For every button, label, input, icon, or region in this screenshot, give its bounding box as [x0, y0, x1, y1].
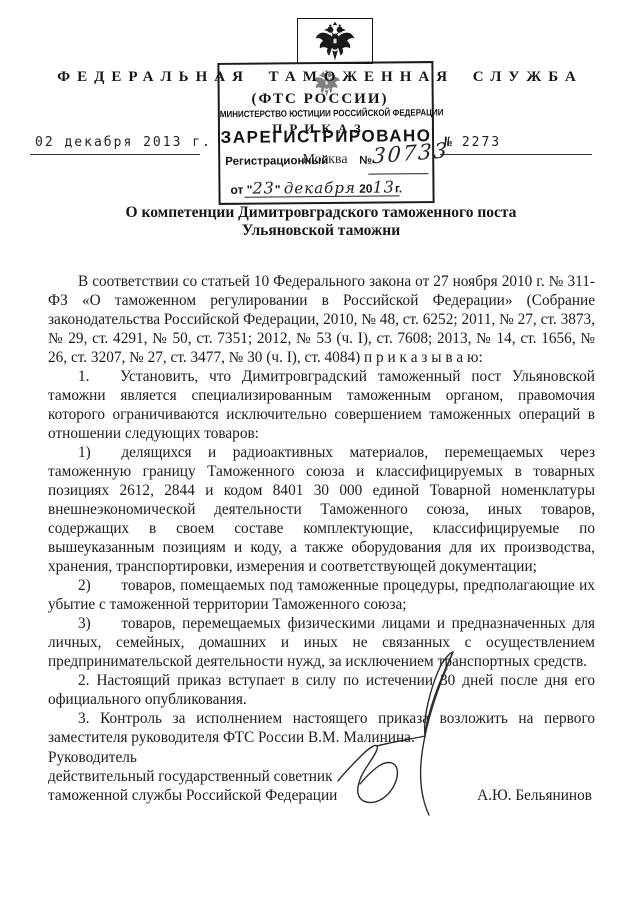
doc-title: О компетенции Димитровградского таможенн…	[48, 204, 594, 240]
stamp-reg-day: 23	[252, 178, 275, 197]
stamp-quote-close: "	[275, 182, 281, 196]
body-paragraph: 2. Настоящий приказ вступает в силу по и…	[48, 671, 595, 709]
body-paragraph: В соответствии со статьей 10 Федеральног…	[48, 272, 595, 367]
body-paragraph: 1) делящихся и радиоактивных материалов,…	[48, 443, 595, 576]
body-paragraph: 3) товаров, перемещаемых физическими лиц…	[48, 614, 595, 671]
signatory-name: А.Ю. Бельянинов	[430, 787, 592, 805]
coat-of-arms-icon	[297, 18, 373, 64]
stamp-reg-year: 13	[372, 177, 395, 196]
signatory-post-line3: таможенной службы Российской Федерации	[48, 786, 408, 805]
signatory-post-line1: Руководитель	[48, 748, 408, 767]
registration-stamp: МИНИСТЕРСТВО ЮСТИЦИИ РОССИЙСКОЙ ФЕДЕРАЦИ…	[217, 61, 434, 205]
doc-body: В соответствии со статьей 10 Федеральног…	[48, 272, 595, 747]
body-paragraph: 3. Контроль за исполнением настоящего пр…	[48, 709, 595, 747]
stamp-reg-number-underline	[368, 173, 428, 175]
stamp-reg-date-underline	[245, 195, 400, 197]
signatory-post: Руководитель действительный государствен…	[48, 748, 408, 805]
stamp-year-suffix: г.	[395, 181, 402, 195]
stamp-ministry-label: МИНИСТЕРСТВО ЮСТИЦИИ РОССИЙСКОЙ ФЕДЕРАЦИ…	[220, 107, 432, 119]
stamp-number-sign: №	[359, 155, 372, 167]
stamp-reg-number-label: Регистрационный	[225, 155, 328, 168]
stamp-reg-month: декабря	[284, 179, 356, 198]
body-paragraph: 2) товаров, помещаемых под таможенные пр…	[48, 576, 595, 614]
stamp-year-prefix: 20	[359, 182, 372, 196]
doc-date-field: 02 декабря 2013 г.	[35, 135, 212, 150]
document-page: ФЕДЕРАЛЬНАЯ ТАМОЖЕННАЯ СЛУЖБА (ФТС РОССИ…	[0, 0, 640, 905]
stamp-ot-label: от	[230, 183, 243, 197]
doc-title-line1: О компетенции Димитровградского таможенн…	[48, 204, 594, 222]
number-value: 2273	[462, 135, 501, 150]
body-paragraph: 1. Установить, что Димитровградский тамо…	[48, 367, 595, 443]
stamp-coat-of-arms-icon	[311, 66, 341, 102]
doc-title-line2: Ульяновской таможни	[48, 222, 594, 240]
signatory-post-line2: действительный государственный советник	[48, 767, 408, 786]
stamp-reg-date-line: от "23" декабря 2013г.	[230, 177, 430, 198]
doc-number-field: №2273	[444, 135, 501, 150]
